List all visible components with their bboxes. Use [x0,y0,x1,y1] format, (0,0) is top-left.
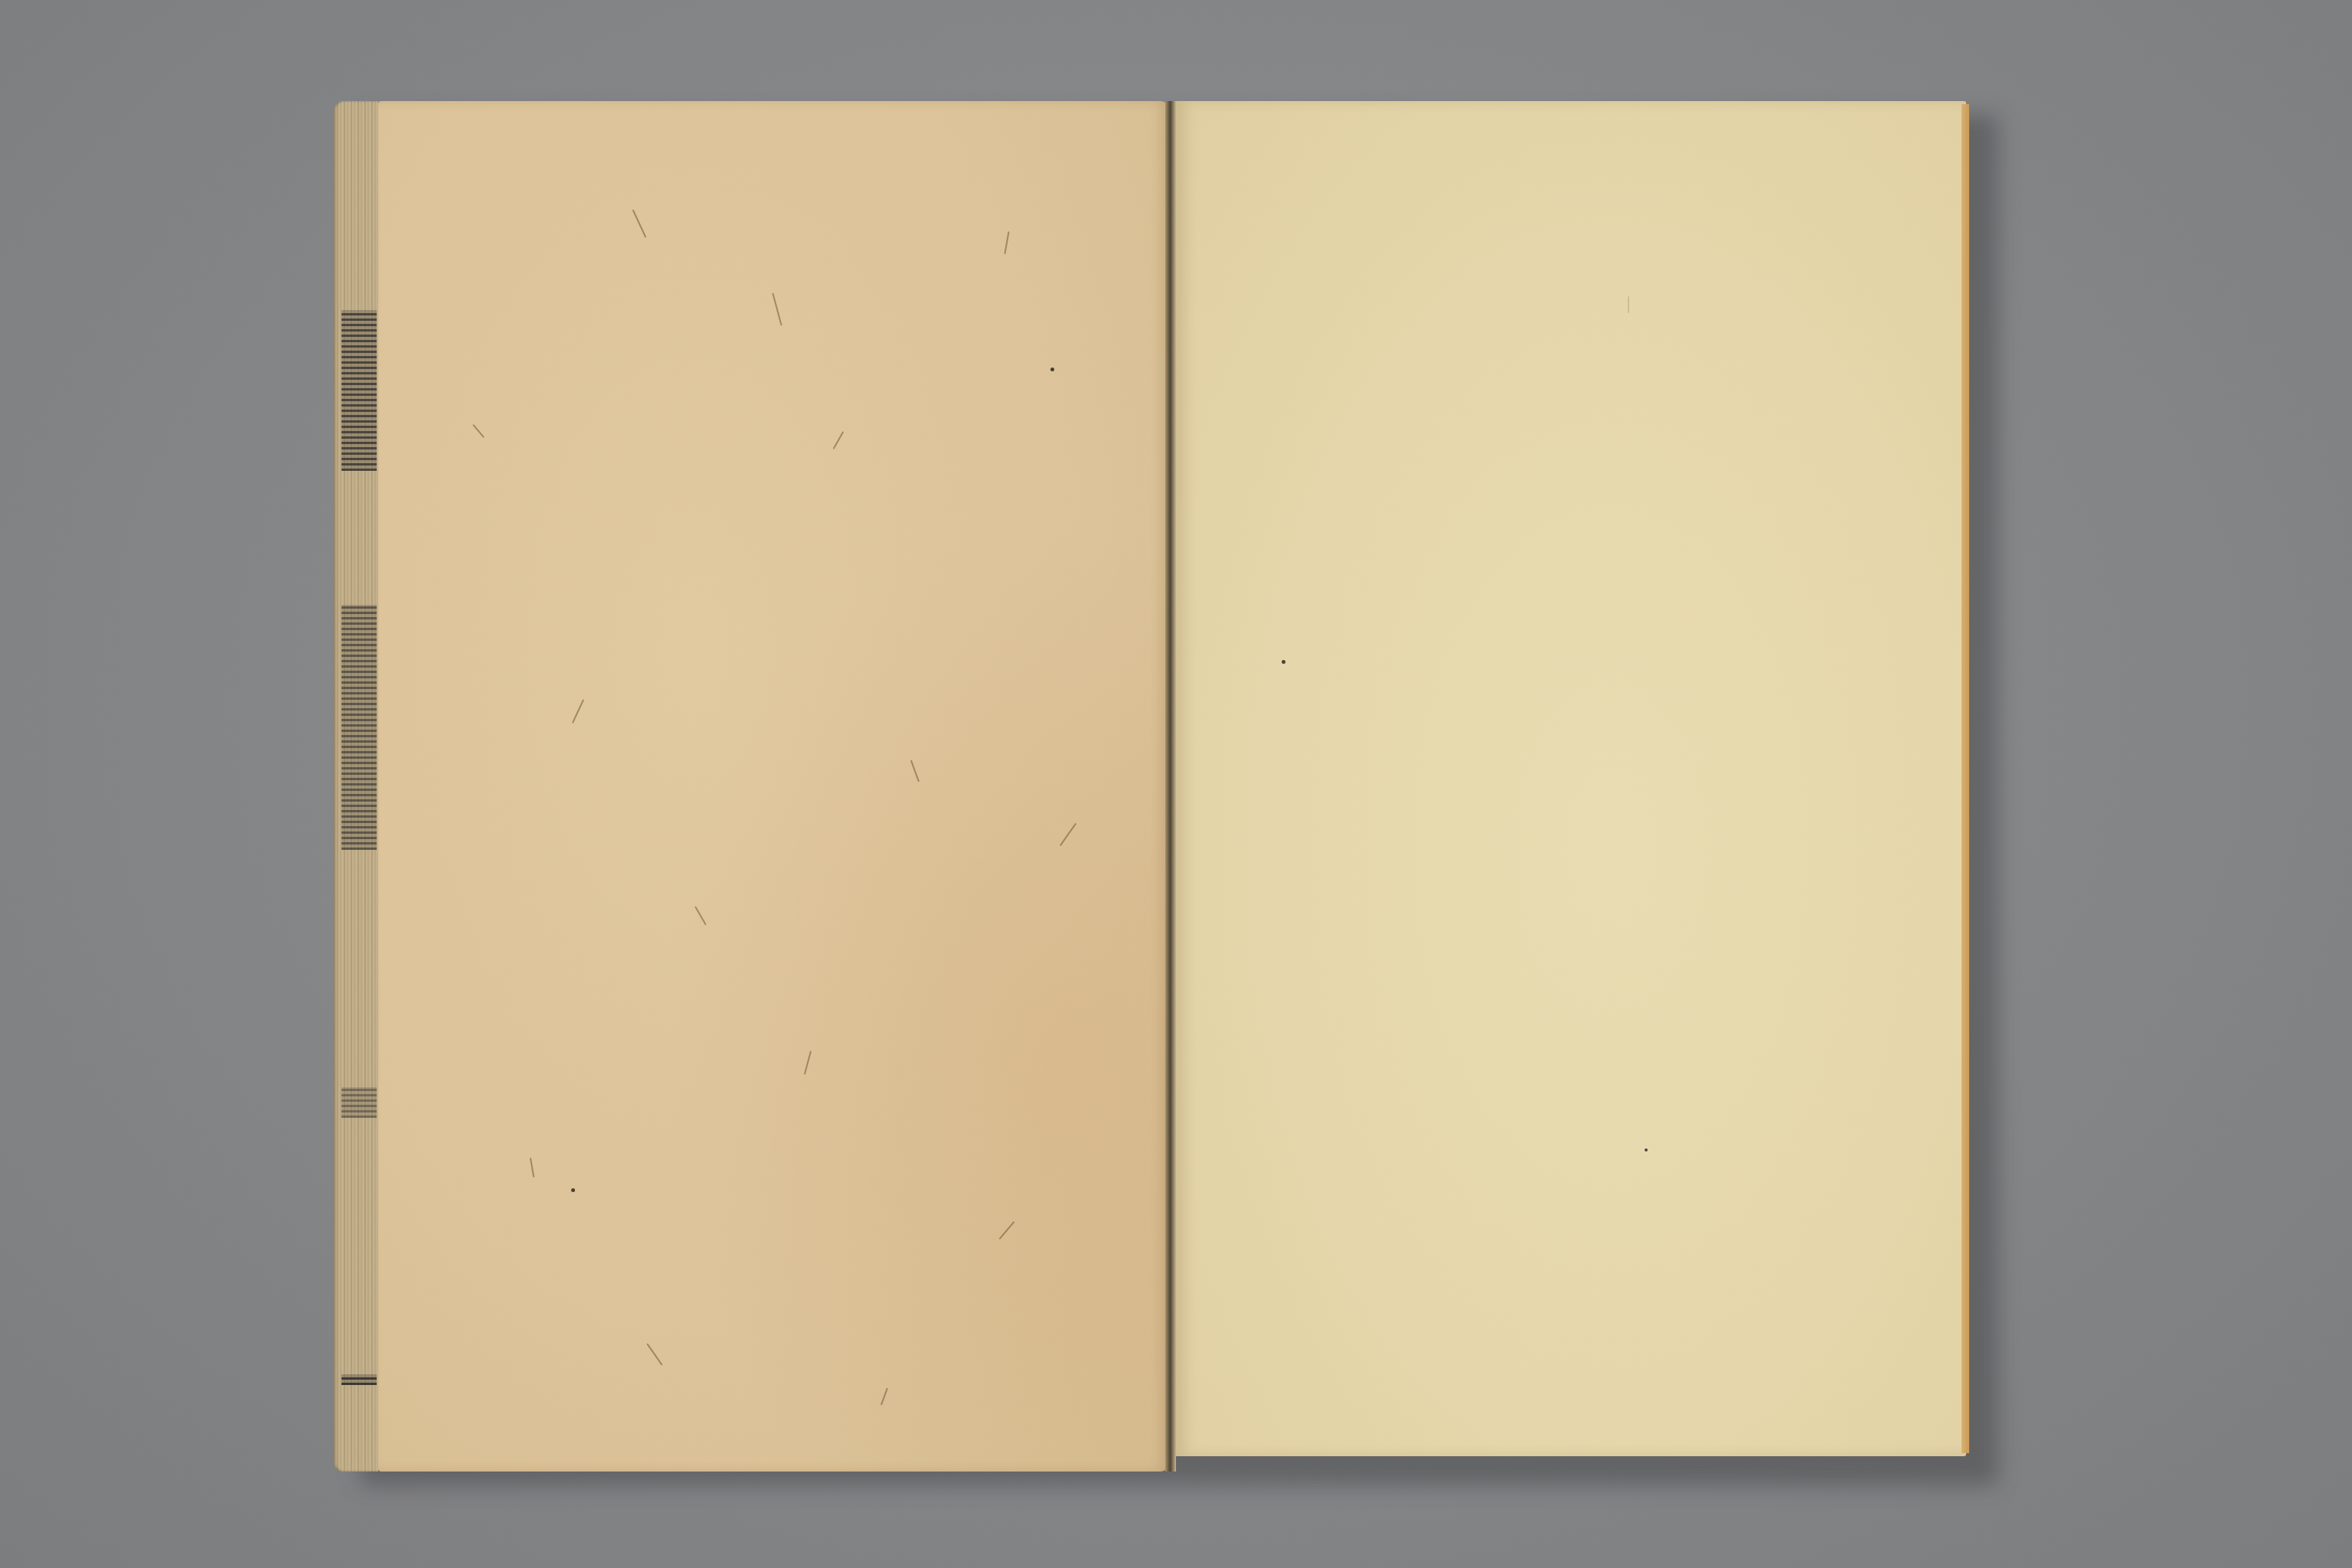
right-page-edge [1962,104,1969,1453]
paper-fiber [572,699,584,724]
paper-speck [1282,660,1285,664]
left-page [378,101,1168,1472]
paper-fiber [880,1387,888,1405]
ink-mark-on-page-edge [341,1374,377,1385]
paper-speck [1645,1148,1648,1151]
paper-fiber [910,760,920,782]
paper-fiber [530,1158,534,1178]
paper-fiber [1004,231,1009,254]
paper-fiber [772,292,782,325]
paper-fiber [472,424,485,438]
paper-fiber [632,209,647,237]
paper-fiber [999,1221,1015,1240]
paper-fiber [1628,296,1629,313]
ink-mark-on-page-edge [341,1087,377,1118]
ink-mark-on-page-edge [341,310,377,471]
paper-speck [1050,367,1054,371]
paper-fiber [1060,823,1076,847]
paper-fiber [694,906,707,925]
paper-fiber [804,1050,812,1074]
paper-speck [571,1188,575,1192]
paper-fiber [833,431,844,449]
book-gutter [1165,101,1176,1472]
ink-mark-on-page-edge [341,605,377,850]
right-page [1176,101,1966,1456]
paper-fiber [646,1344,662,1366]
